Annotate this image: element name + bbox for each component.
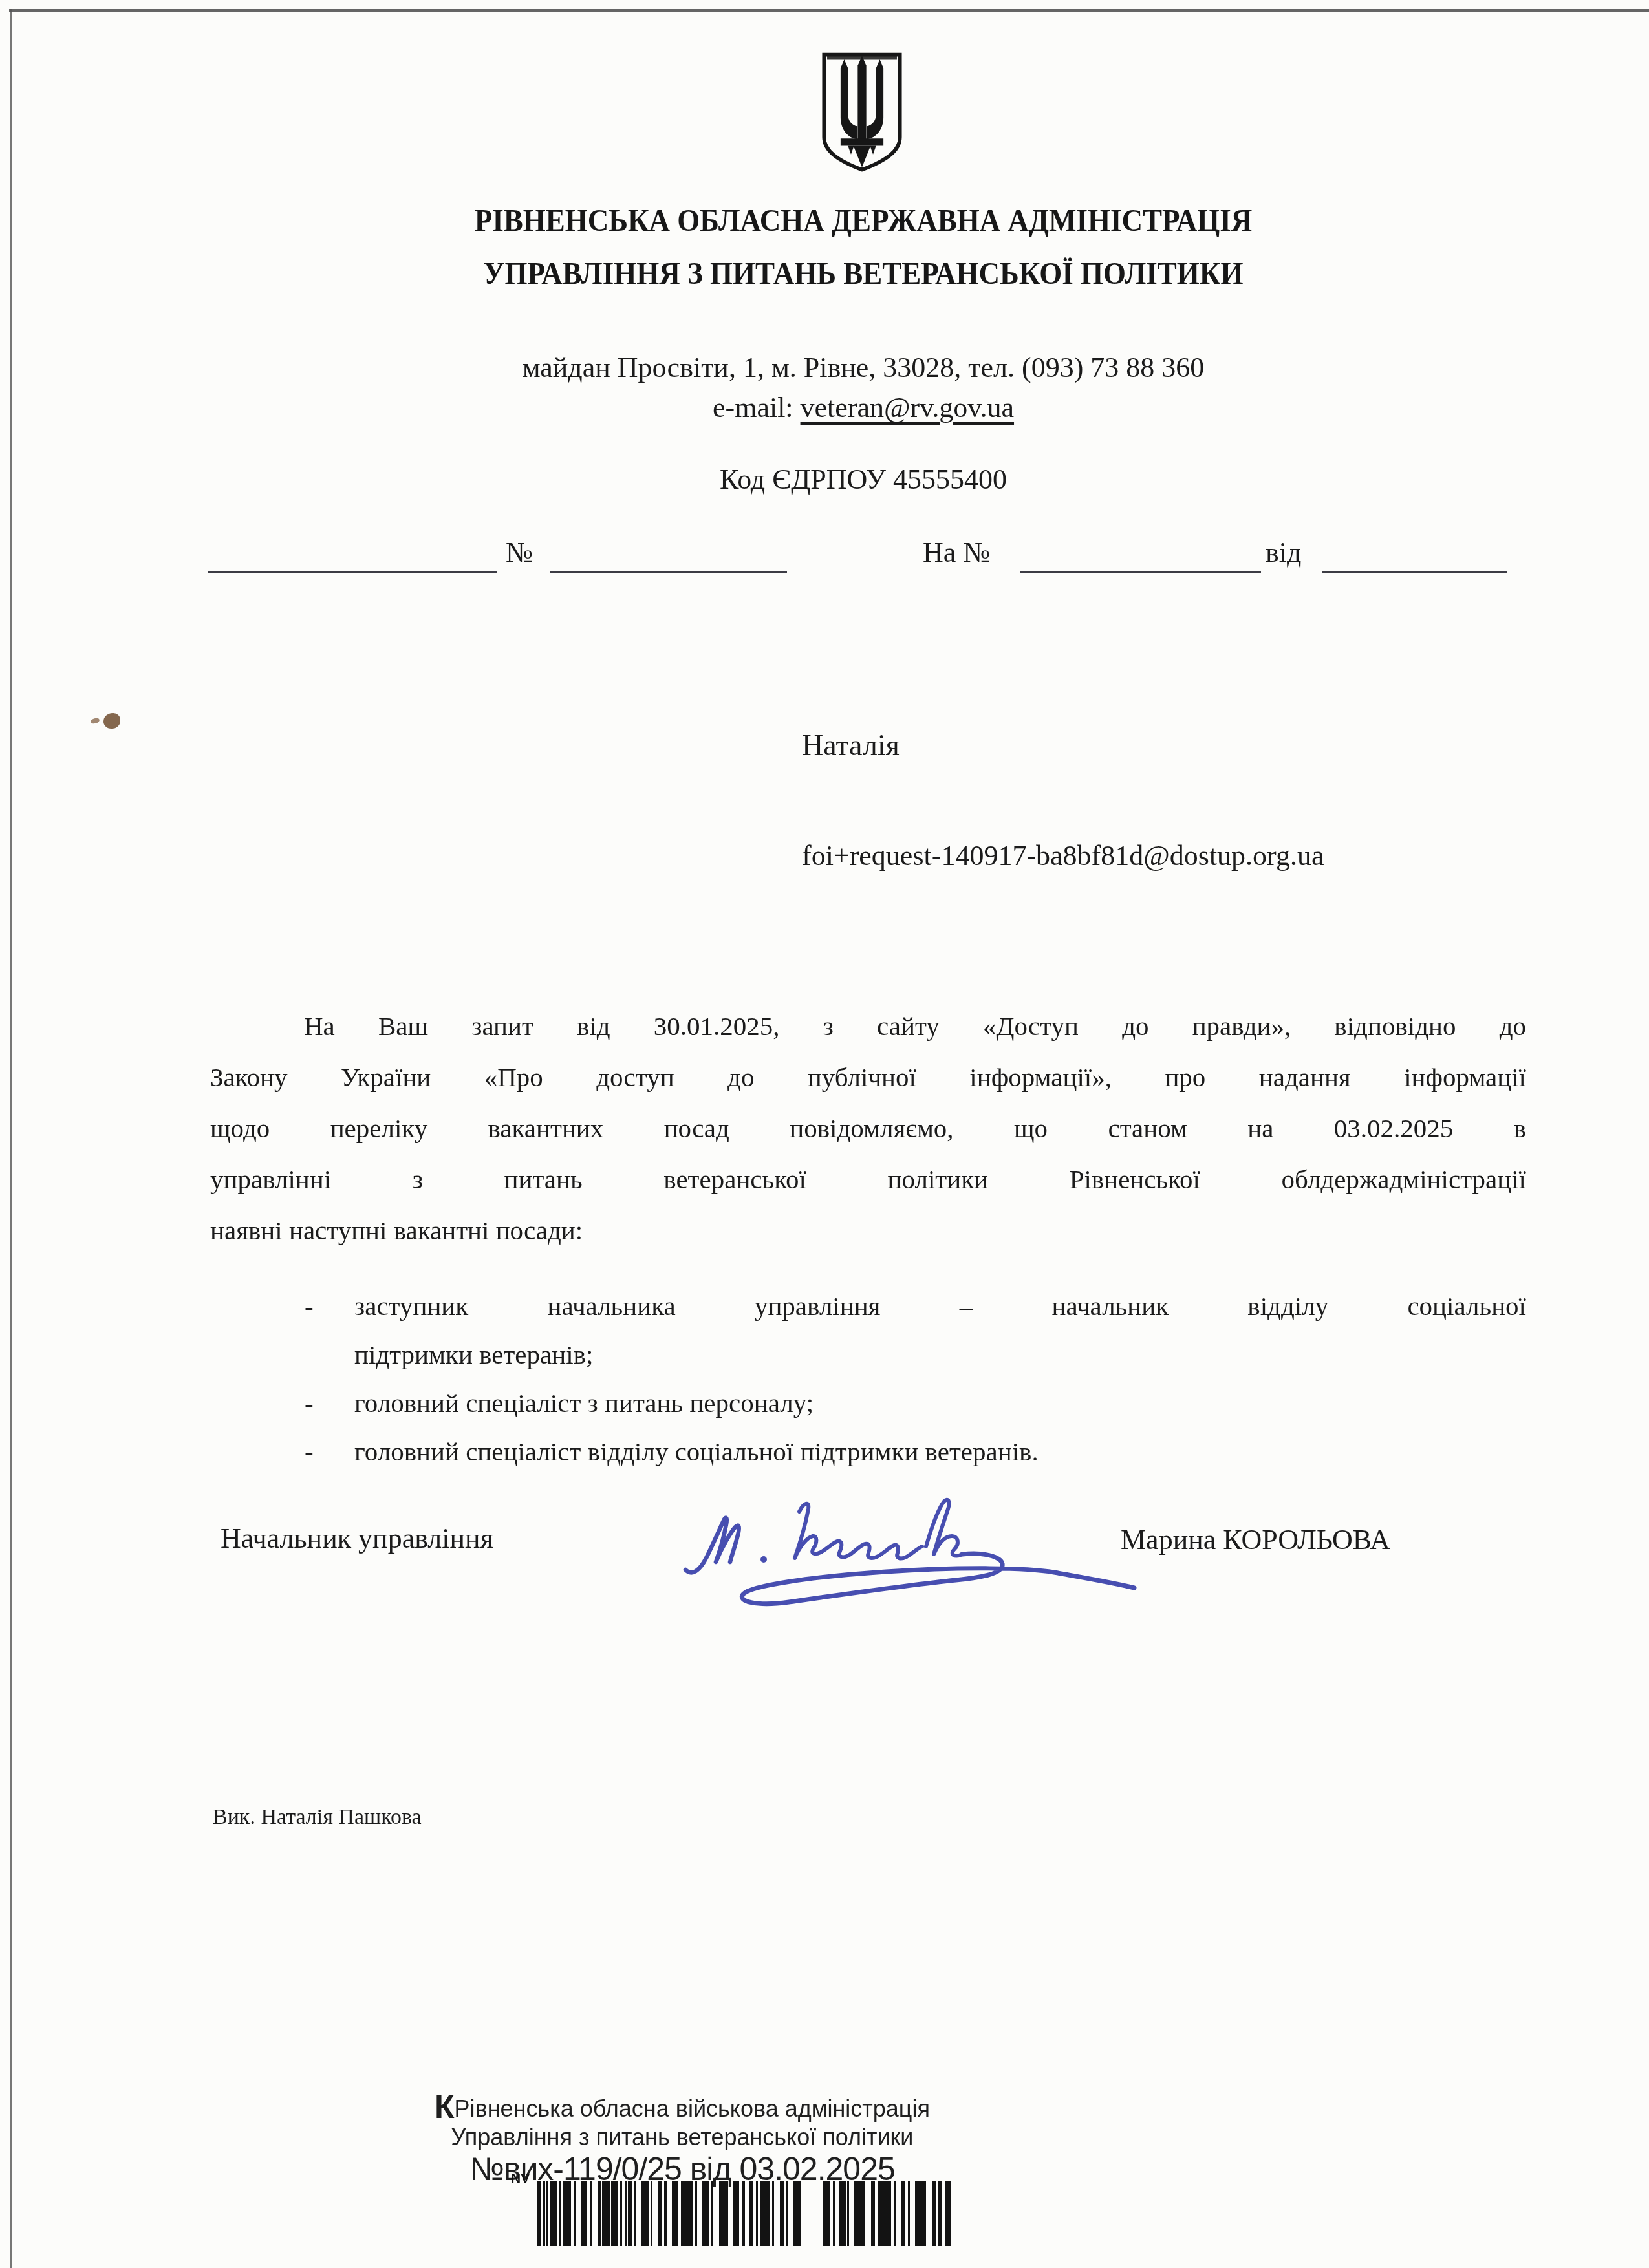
reference-line: № На № від xyxy=(0,530,1649,575)
barcode-quiet-zone xyxy=(801,2181,823,2246)
stamp-org-line1: КРівненська обласна військова адміністра… xyxy=(424,2092,941,2124)
vacancy-line: головний спеціаліст з питань персоналу; xyxy=(354,1379,1526,1428)
blank-line-outgoing-date xyxy=(208,532,497,573)
list-dash-marker: - xyxy=(305,1282,314,1331)
ink-blot-small xyxy=(90,717,100,724)
vacancy-line: головний спеціаліст відділу соціальної п… xyxy=(354,1428,1526,1476)
vacancy-line: підтримки ветеранів; xyxy=(354,1331,1526,1379)
blank-line-outgoing-number xyxy=(550,532,787,573)
body-line: щодо переліку вакантних посад повідомляє… xyxy=(210,1103,1526,1154)
vacancy-list: - заступник начальника управління – нача… xyxy=(210,1282,1526,1476)
vacancy-item: - головний спеціаліст відділу соціальної… xyxy=(210,1428,1526,1476)
vacancy-item: - головний спеціаліст з питань персоналу… xyxy=(210,1379,1526,1428)
scan-edge-top xyxy=(9,9,1649,12)
addressee-email: foi+request-140917-ba8bf81d@dostup.org.u… xyxy=(802,839,1324,872)
ink-blot xyxy=(103,713,120,729)
body-paragraph: На Ваш запит від 30.01.2025, з сайту «До… xyxy=(210,1001,1526,1256)
stamp-org-line1-text: Рівненська обласна військова адміністрац… xyxy=(455,2095,930,2122)
vacancy-line: заступник начальника управління – началь… xyxy=(354,1282,1526,1331)
body-line: наявні наступні вакантні посади: xyxy=(210,1205,1526,1256)
org-name-line1: РІВНЕНСЬКА ОБЛАСНА ДЕРЖАВНА АДМІНІСТРАЦІ… xyxy=(213,203,1513,238)
signoff-name: Марина КОРОЛЬОВА xyxy=(1121,1523,1390,1556)
trident-emblem-icon xyxy=(816,45,908,180)
blank-line-reply-date xyxy=(1322,532,1507,573)
list-dash-marker: - xyxy=(305,1379,314,1428)
blank-line-reply-number xyxy=(1020,532,1261,573)
stamp-initial: К xyxy=(435,2089,455,2125)
list-dash-marker: - xyxy=(305,1428,314,1476)
body-line: Закону України «Про доступ до публічної … xyxy=(210,1052,1526,1103)
body-line: На Ваш запит від 30.01.2025, з сайту «До… xyxy=(210,1001,1526,1052)
number-label: № xyxy=(506,536,533,569)
org-email: veteran@rv.gov.ua xyxy=(801,392,1014,423)
reply-number-label: На № xyxy=(923,536,990,569)
address-line: майдан Просвіти, 1, м. Рівне, 33028, тел… xyxy=(213,352,1513,383)
email-line: e-mail: veteran@rv.gov.ua xyxy=(213,392,1513,423)
registration-stamp: КРівненська обласна військова адміністра… xyxy=(424,2092,941,2187)
barcode-prefix: NV xyxy=(511,2171,530,2187)
stamp-org-line2: Управління з питань ветеранської політик… xyxy=(424,2124,941,2151)
barcode xyxy=(537,2181,951,2246)
org-name-line2: УПРАВЛІННЯ З ПИТАНЬ ВЕТЕРАНСЬКОЇ ПОЛІТИК… xyxy=(213,256,1513,291)
email-label: e-mail: xyxy=(713,392,801,423)
vacancy-item: - заступник начальника управління – нача… xyxy=(210,1282,1526,1379)
executor-note: Вик. Наталія Пашкова xyxy=(213,1805,422,1830)
scan-edge-left xyxy=(10,9,12,2268)
body-line: управлінні з питань ветеранської політик… xyxy=(210,1154,1526,1205)
addressee-name: Наталія xyxy=(802,728,900,762)
scanned-letter-page: РІВНЕНСЬКА ОБЛАСНА ДЕРЖАВНА АДМІНІСТРАЦІ… xyxy=(0,0,1649,2268)
signoff-position: Начальник управління xyxy=(221,1522,493,1555)
edrpou-line: Код ЄДРПОУ 45555400 xyxy=(213,464,1513,495)
date-label: від xyxy=(1266,536,1301,569)
handwritten-signature xyxy=(679,1484,1139,1614)
